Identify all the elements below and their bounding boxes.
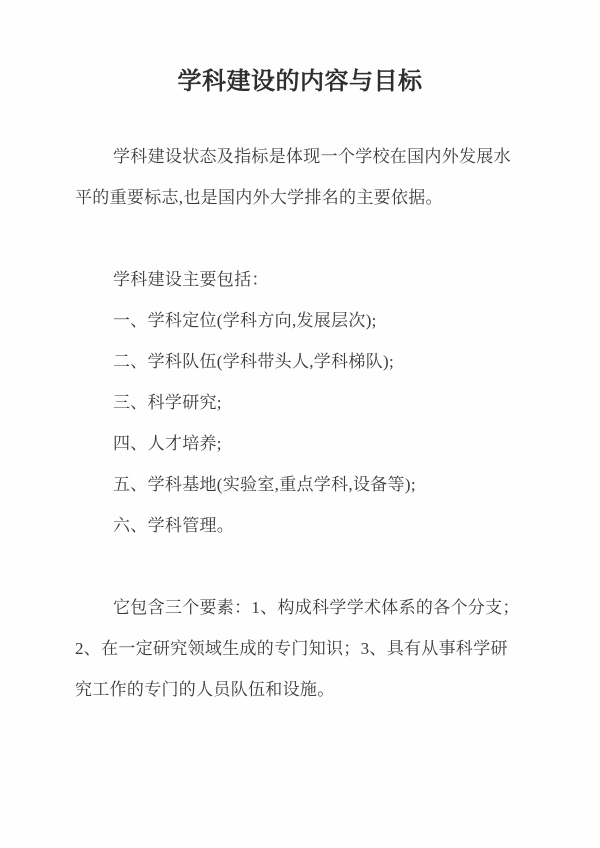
list-item-5: 五、学科基地(实验室,重点学科,设备等); bbox=[75, 464, 525, 505]
list-item-2: 二、学科队伍(学科带头人,学科梯队); bbox=[75, 341, 525, 382]
list-item-1: 一、学科定位(学科方向,发展层次); bbox=[75, 300, 525, 341]
blank-line bbox=[75, 218, 525, 259]
paragraph-3-line-2: 2、在一定研究领域生成的专门知识；3、具有从事科学研 bbox=[75, 628, 525, 669]
paragraph-1-line-1: 学科建设状态及指标是体现一个学校在国内外发展水 bbox=[75, 136, 525, 177]
list-item-4: 四、人才培养; bbox=[75, 423, 525, 464]
document-body: 学科建设状态及指标是体现一个学校在国内外发展水 平的重要标志,也是国内外大学排名… bbox=[75, 136, 525, 710]
list-intro: 学科建设主要包括： bbox=[75, 259, 525, 300]
paragraph-1-line-2: 平的重要标志,也是国内外大学排名的主要依据。 bbox=[75, 177, 525, 218]
list-item-6: 六、学科管理。 bbox=[75, 505, 525, 546]
document-page: 学科建设的内容与目标 学科建设状态及指标是体现一个学校在国内外发展水 平的重要标… bbox=[0, 0, 600, 848]
blank-line bbox=[75, 546, 525, 587]
paragraph-3-line-1: 它包含三个要素：1、构成科学学术体系的各个分支； bbox=[75, 587, 525, 628]
document-title: 学科建设的内容与目标 bbox=[75, 0, 525, 104]
paragraph-3-line-3: 究工作的专门的人员队伍和设施。 bbox=[75, 669, 525, 710]
list-item-3: 三、科学研究; bbox=[75, 382, 525, 423]
